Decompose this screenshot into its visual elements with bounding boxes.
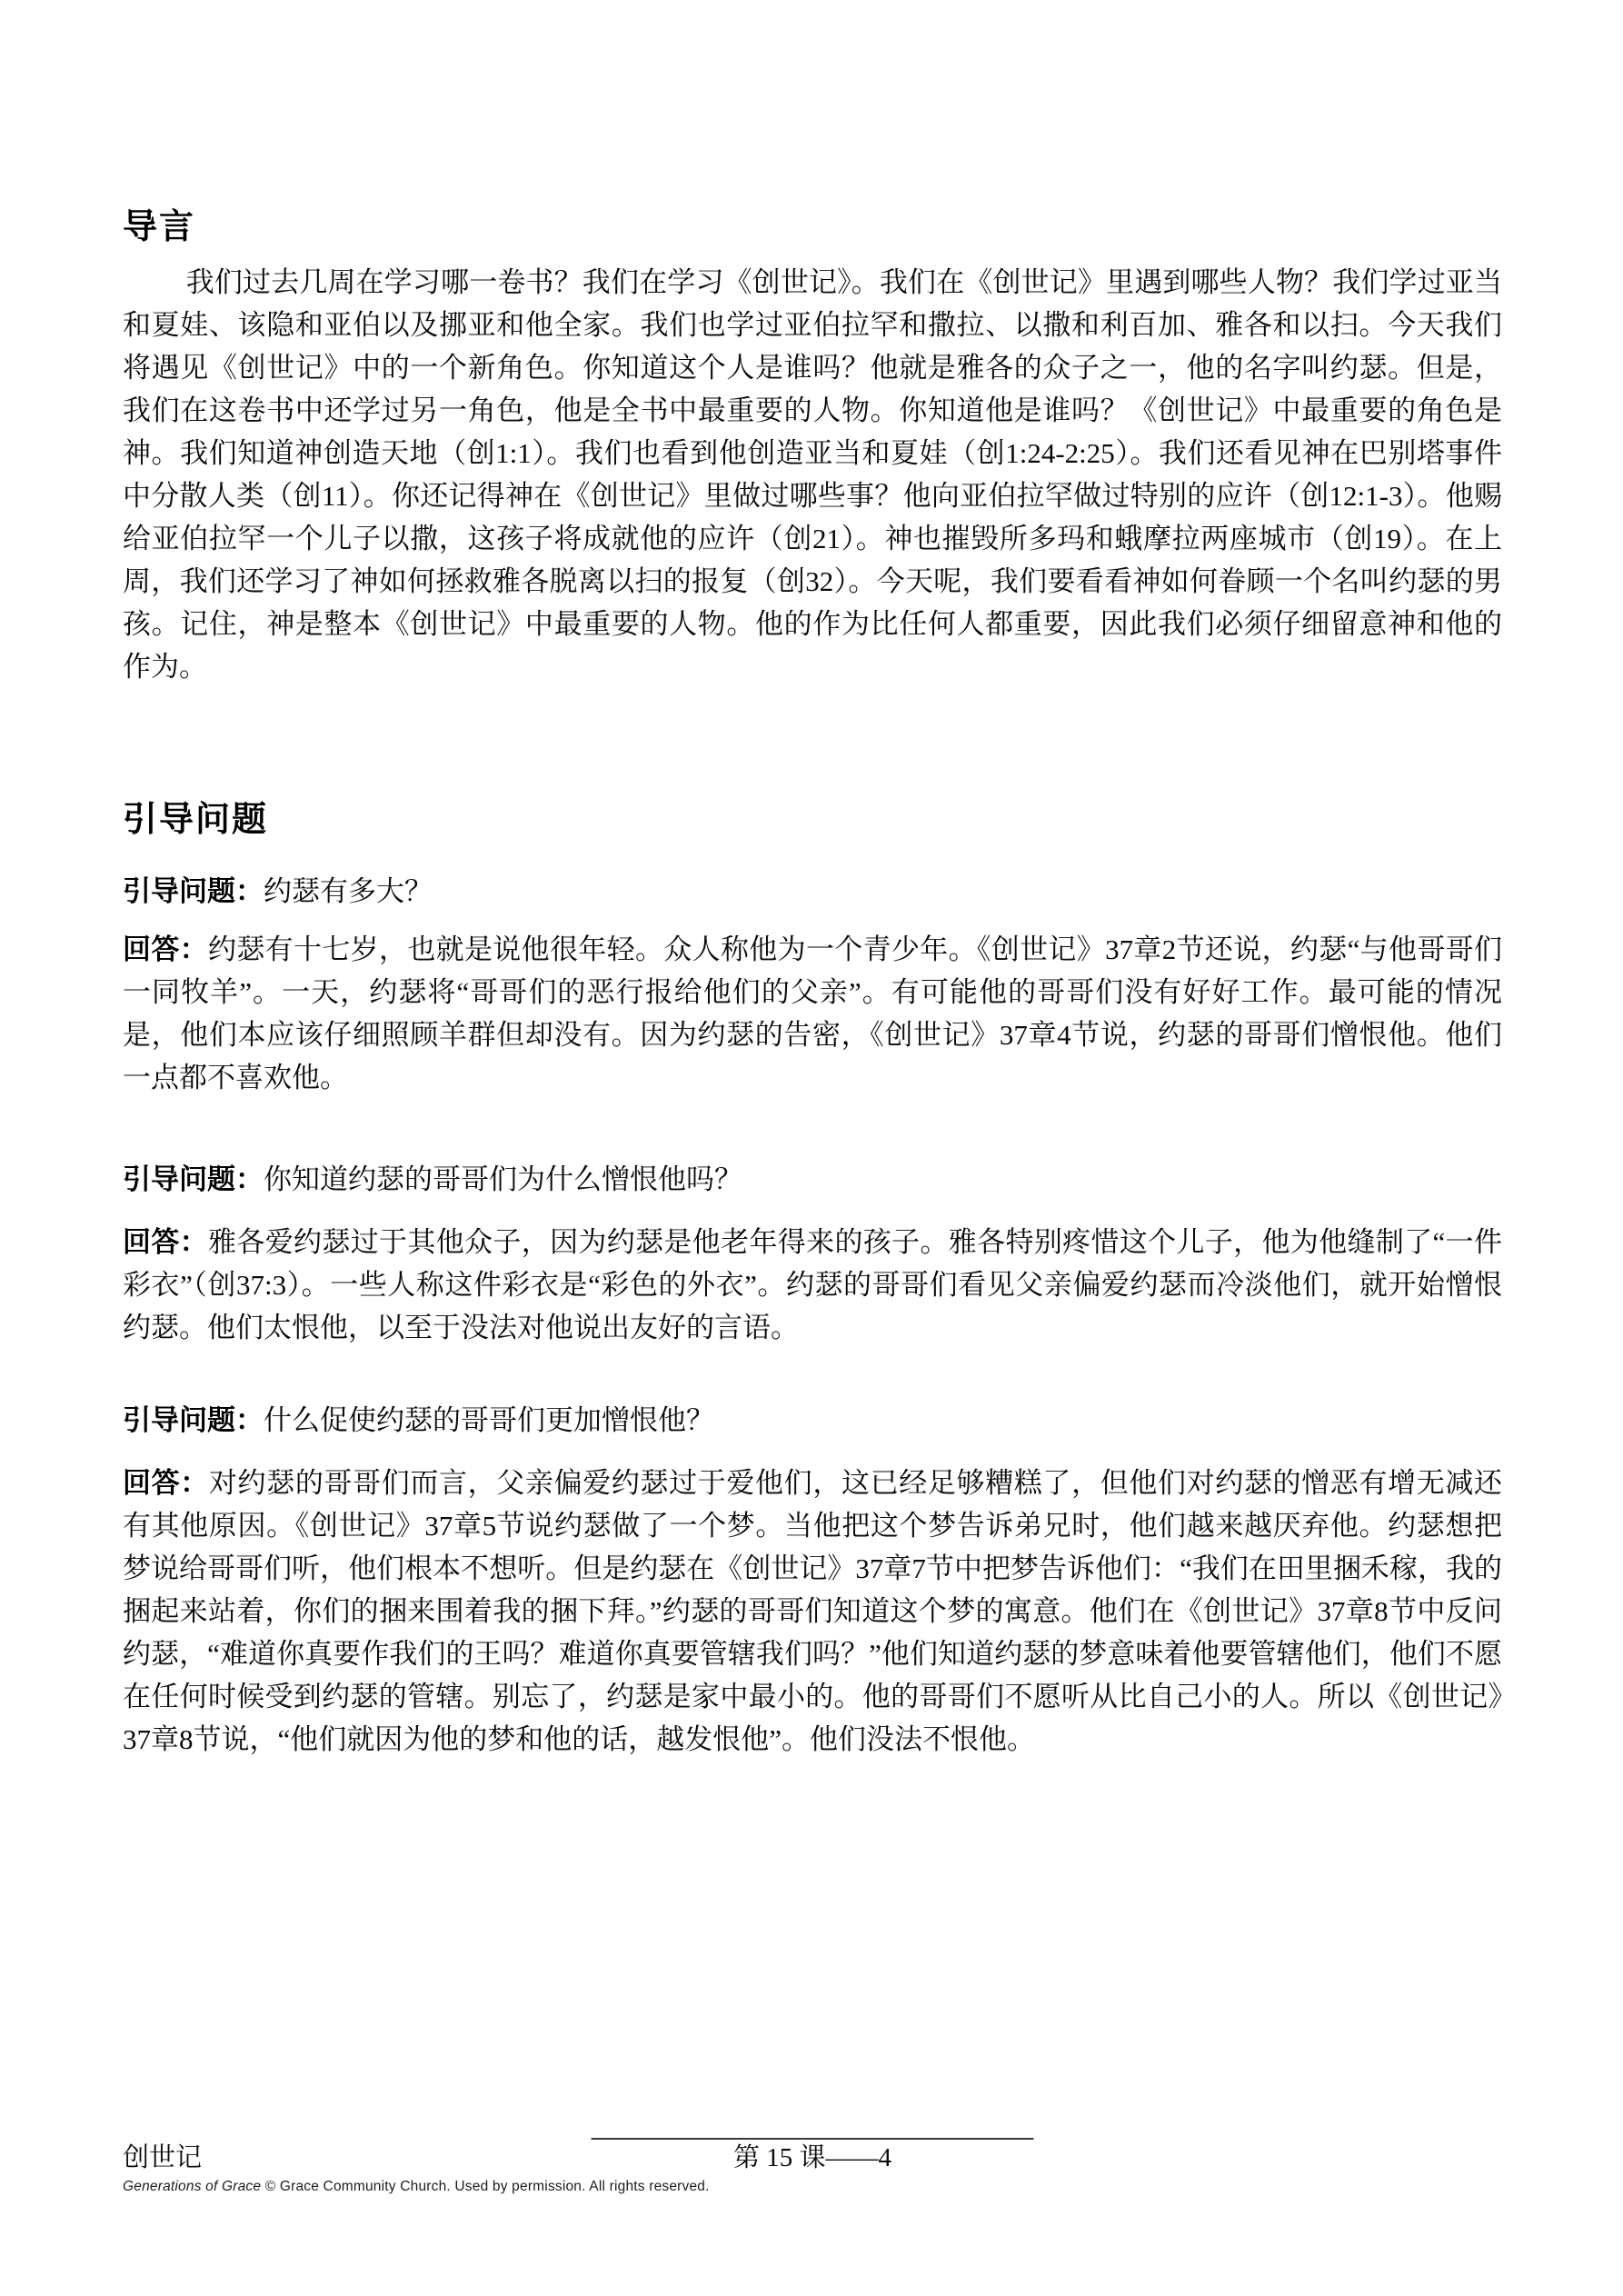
answer-1-text: 约瑟有十七岁，也就是说他很年轻。众人称他为一个青少年。《创世记》37章2节还说，… [123, 933, 1502, 1093]
question-3-text: 什么促使约瑟的哥哥们更加憎恨他？ [264, 1404, 714, 1436]
question-1: 引导问题：约瑟有多大？ [123, 870, 1502, 913]
answer-1-label: 回答： [123, 933, 208, 965]
question-3: 引导问题：什么促使约瑟的哥哥们更加憎恨他？ [123, 1399, 1502, 1442]
footer-row: 创世记 第 15 课——4 [123, 2138, 1502, 2174]
footer-copyright: Generations of Grace © Grace Community C… [123, 2178, 1502, 2196]
answer-3-text: 对约瑟的哥哥们而言，父亲偏爱约瑟过于爱他们，这已经足够糟糕了，但他们对约瑟的憎恶… [123, 1467, 1502, 1755]
document-page: 导言 我们过去几周在学习哪一卷书？我们在学习《创世记》。我们在《创世记》里遇到哪… [0, 0, 1623, 2296]
page-footer: 创世记 第 15 课——4 Generations of Grace © Gra… [123, 2138, 1502, 2196]
footer-book-title: 创世记 [123, 2143, 202, 2172]
question-3-label: 引导问题： [123, 1404, 264, 1436]
section-heading-guiding-questions: 引导问题 [123, 797, 1502, 843]
question-2: 引导问题：你知道约瑟的哥哥们为什么憎恨他吗？ [123, 1158, 1502, 1201]
question-1-label: 引导问题： [123, 875, 264, 907]
footer-copyright-text: © Grace Community Church. Used by permis… [261, 2179, 709, 2194]
answer-3: 回答：对约瑟的哥哥们而言，父亲偏爱约瑟过于爱他们，这已经足够糟糕了，但他们对约瑟… [123, 1462, 1502, 1761]
answer-2-text: 雅各爱约瑟过于其他众子，因为约瑟是他老年得来的孩子。雅各特别疼惜这个儿子，他为他… [123, 1226, 1502, 1343]
question-2-label: 引导问题： [123, 1163, 264, 1195]
answer-2: 回答：雅各爱约瑟过于其他众子，因为约瑟是他老年得来的孩子。雅各特别疼惜这个儿子，… [123, 1221, 1502, 1349]
introduction-paragraph: 我们过去几周在学习哪一卷书？我们在学习《创世记》。我们在《创世记》里遇到哪些人物… [123, 261, 1502, 688]
question-2-text: 你知道约瑟的哥哥们为什么憎恨他吗？ [264, 1163, 742, 1195]
question-1-text: 约瑟有多大？ [264, 875, 433, 907]
answer-1: 回答：约瑟有十七岁，也就是说他很年轻。众人称他为一个青少年。《创世记》37章2节… [123, 928, 1502, 1099]
section-heading-introduction: 导言 [123, 205, 1502, 250]
answer-3-label: 回答： [123, 1467, 209, 1499]
footer-copyright-series: Generations of Grace [123, 2179, 261, 2194]
footer-page-label: 第 15 课——4 [733, 2141, 891, 2174]
answer-2-label: 回答： [123, 1226, 208, 1258]
